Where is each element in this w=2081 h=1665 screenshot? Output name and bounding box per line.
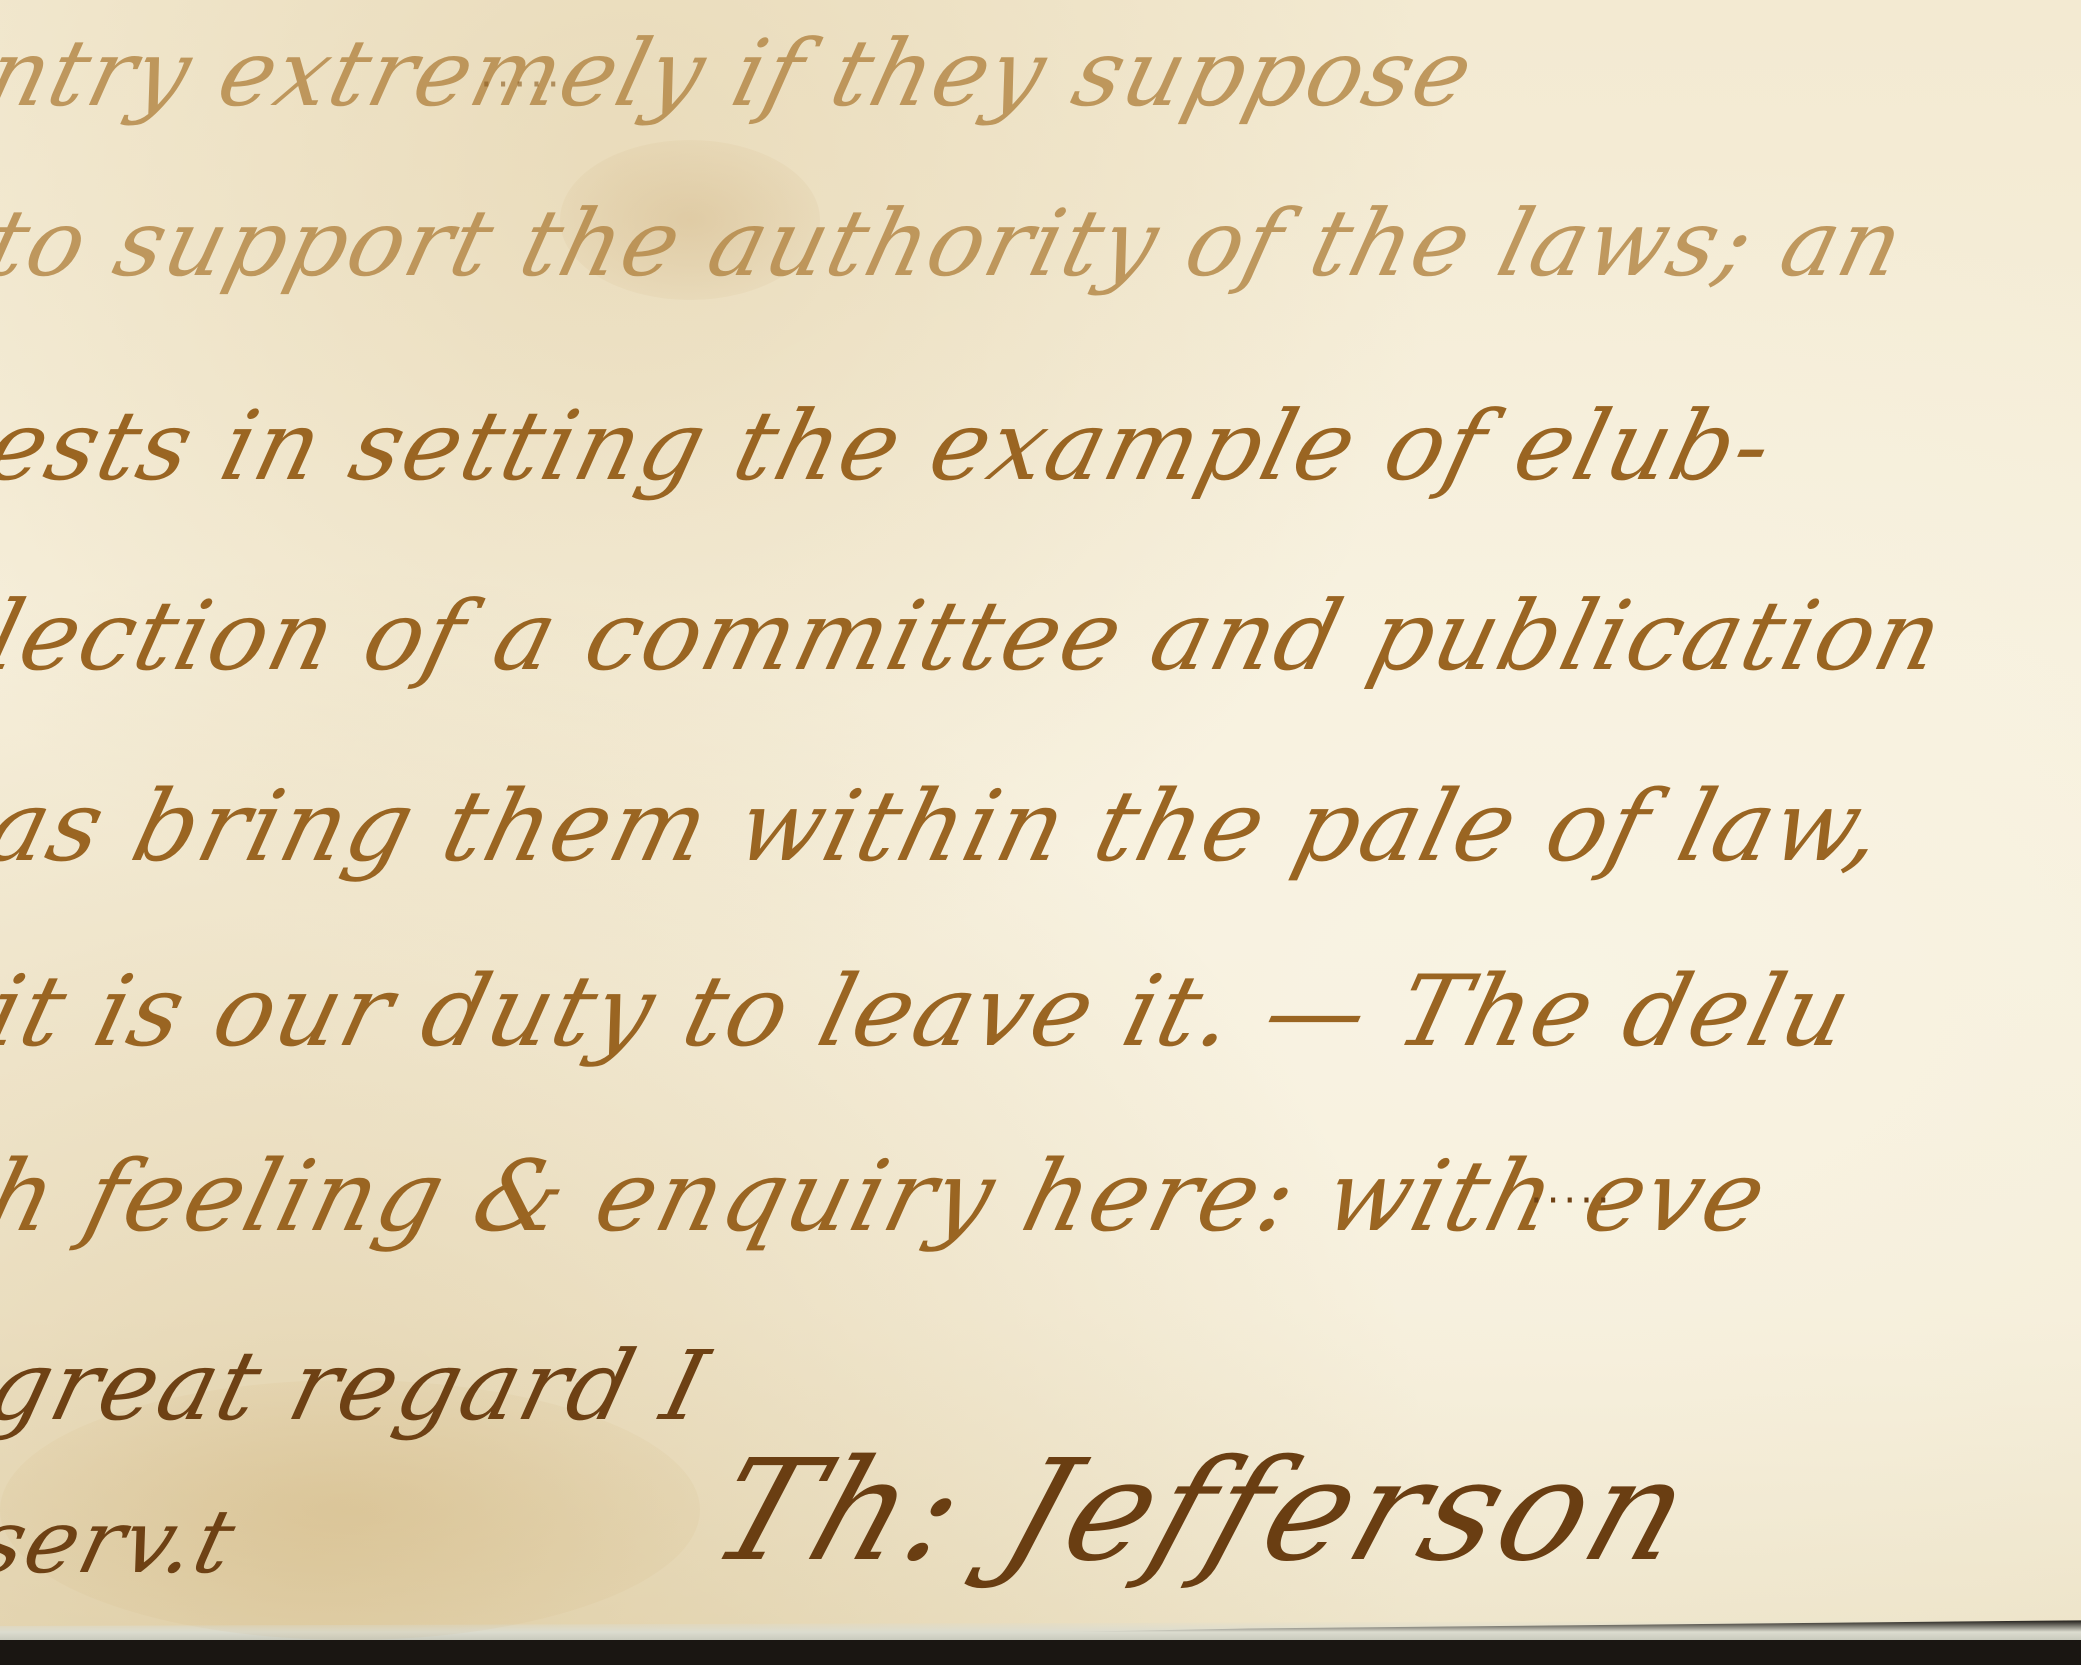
manuscript-line-7: h feeling & enquiry here: with eve	[0, 1140, 1779, 1254]
manuscript-line-3: ests in setting the example of elub-	[0, 390, 1785, 502]
manuscript-line-8: great regard I	[0, 1330, 720, 1442]
manuscript-line-2: to support the authority of the laws; an	[0, 190, 1915, 297]
manuscript-line-5: as bring them within the pale of law,	[0, 770, 1897, 884]
closing-servant: serv.t	[0, 1490, 247, 1593]
underline-dots: ·····	[1530, 1178, 1614, 1224]
manuscript-line-6: it is our duty to leave it. — The delu	[0, 955, 1864, 1069]
signature: Th: Jefferson	[694, 1430, 1713, 1593]
underline-dots: ·····	[480, 62, 564, 108]
manuscript-line-1: ntry extremely if they suppose	[0, 20, 1485, 127]
manuscript-line-4: lection of a committee and publication	[0, 580, 1955, 692]
